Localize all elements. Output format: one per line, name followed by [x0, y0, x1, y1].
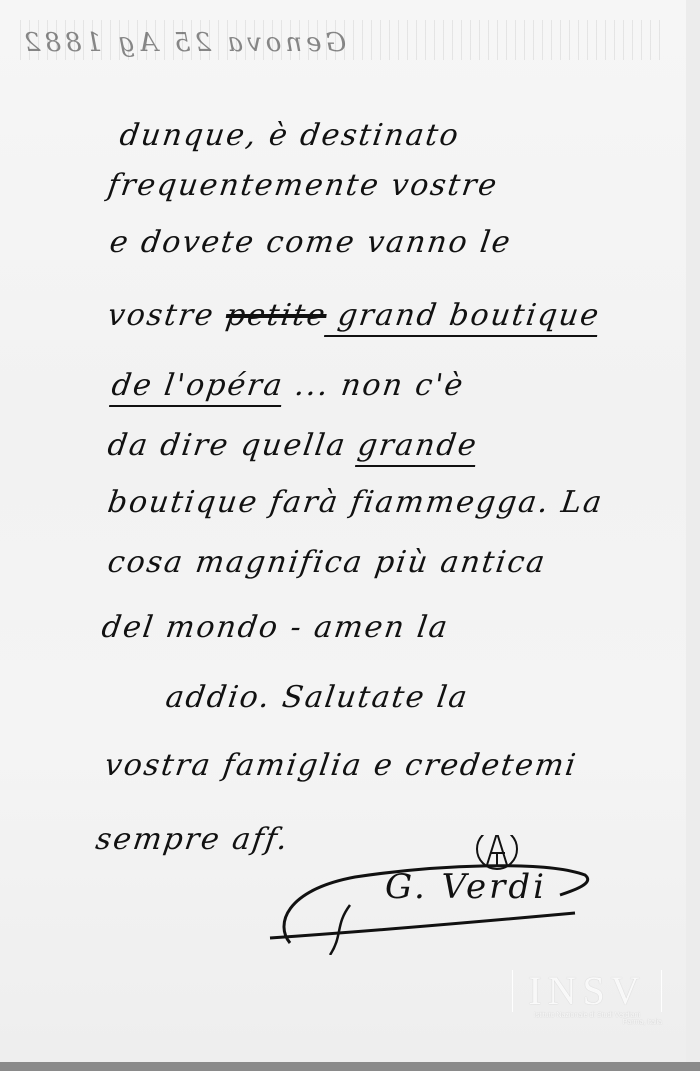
letter-line-6: da dire quella grande — [106, 428, 481, 463]
letter-line-12: sempre aff. — [94, 822, 292, 857]
bleed-through-date: Genova 25 Ag 1882 — [20, 28, 346, 58]
letter-line-5: de l'opéra ... non c'è — [110, 368, 467, 403]
underlined-phrase: de l'opéra — [109, 368, 286, 407]
signature-name: G. Verdi — [385, 867, 547, 907]
underlined-phrase: grand boutique — [323, 298, 602, 337]
institution-watermark: INSV Istituto Nazionale di Studi Verdian… — [512, 970, 662, 1026]
struck-word: petite — [224, 298, 329, 333]
watermark-logo: INSV — [512, 970, 662, 1012]
watermark-location: Parma, Italia — [512, 1019, 662, 1026]
scan-margin-bottom — [0, 1062, 700, 1071]
line-5-post: ... non c'è — [281, 368, 467, 403]
letter-line-4: vostre petite grand boutique — [106, 298, 603, 333]
letter-line-1: dunque, è destinato — [118, 118, 463, 153]
scan-margin-right — [686, 0, 700, 1071]
line-6-pre: da dire quella — [106, 428, 361, 463]
letter-line-7: boutique farà fiammegga. La — [106, 485, 606, 520]
signature: G. Verdi — [265, 835, 595, 955]
letter-line-9: del mondo - amen la — [100, 610, 452, 645]
letter-page: Genova 25 Ag 1882 dunque, è destinato fr… — [0, 0, 686, 1062]
letter-line-3: e dovete come vanno le — [108, 225, 515, 260]
letter-line-10: addio. Salutate la — [164, 680, 472, 715]
letter-line-2: frequentemente vostre — [106, 168, 501, 203]
letter-line-11: vostra famiglia e credetemi — [103, 748, 580, 783]
letter-line-8: cosa magnifica più antica — [106, 545, 549, 580]
line-4-pre: vostre — [106, 298, 229, 333]
watermark-subtitle: Istituto Nazionale di Studi Verdiani — [512, 1012, 662, 1019]
underlined-word: grande — [355, 428, 480, 467]
